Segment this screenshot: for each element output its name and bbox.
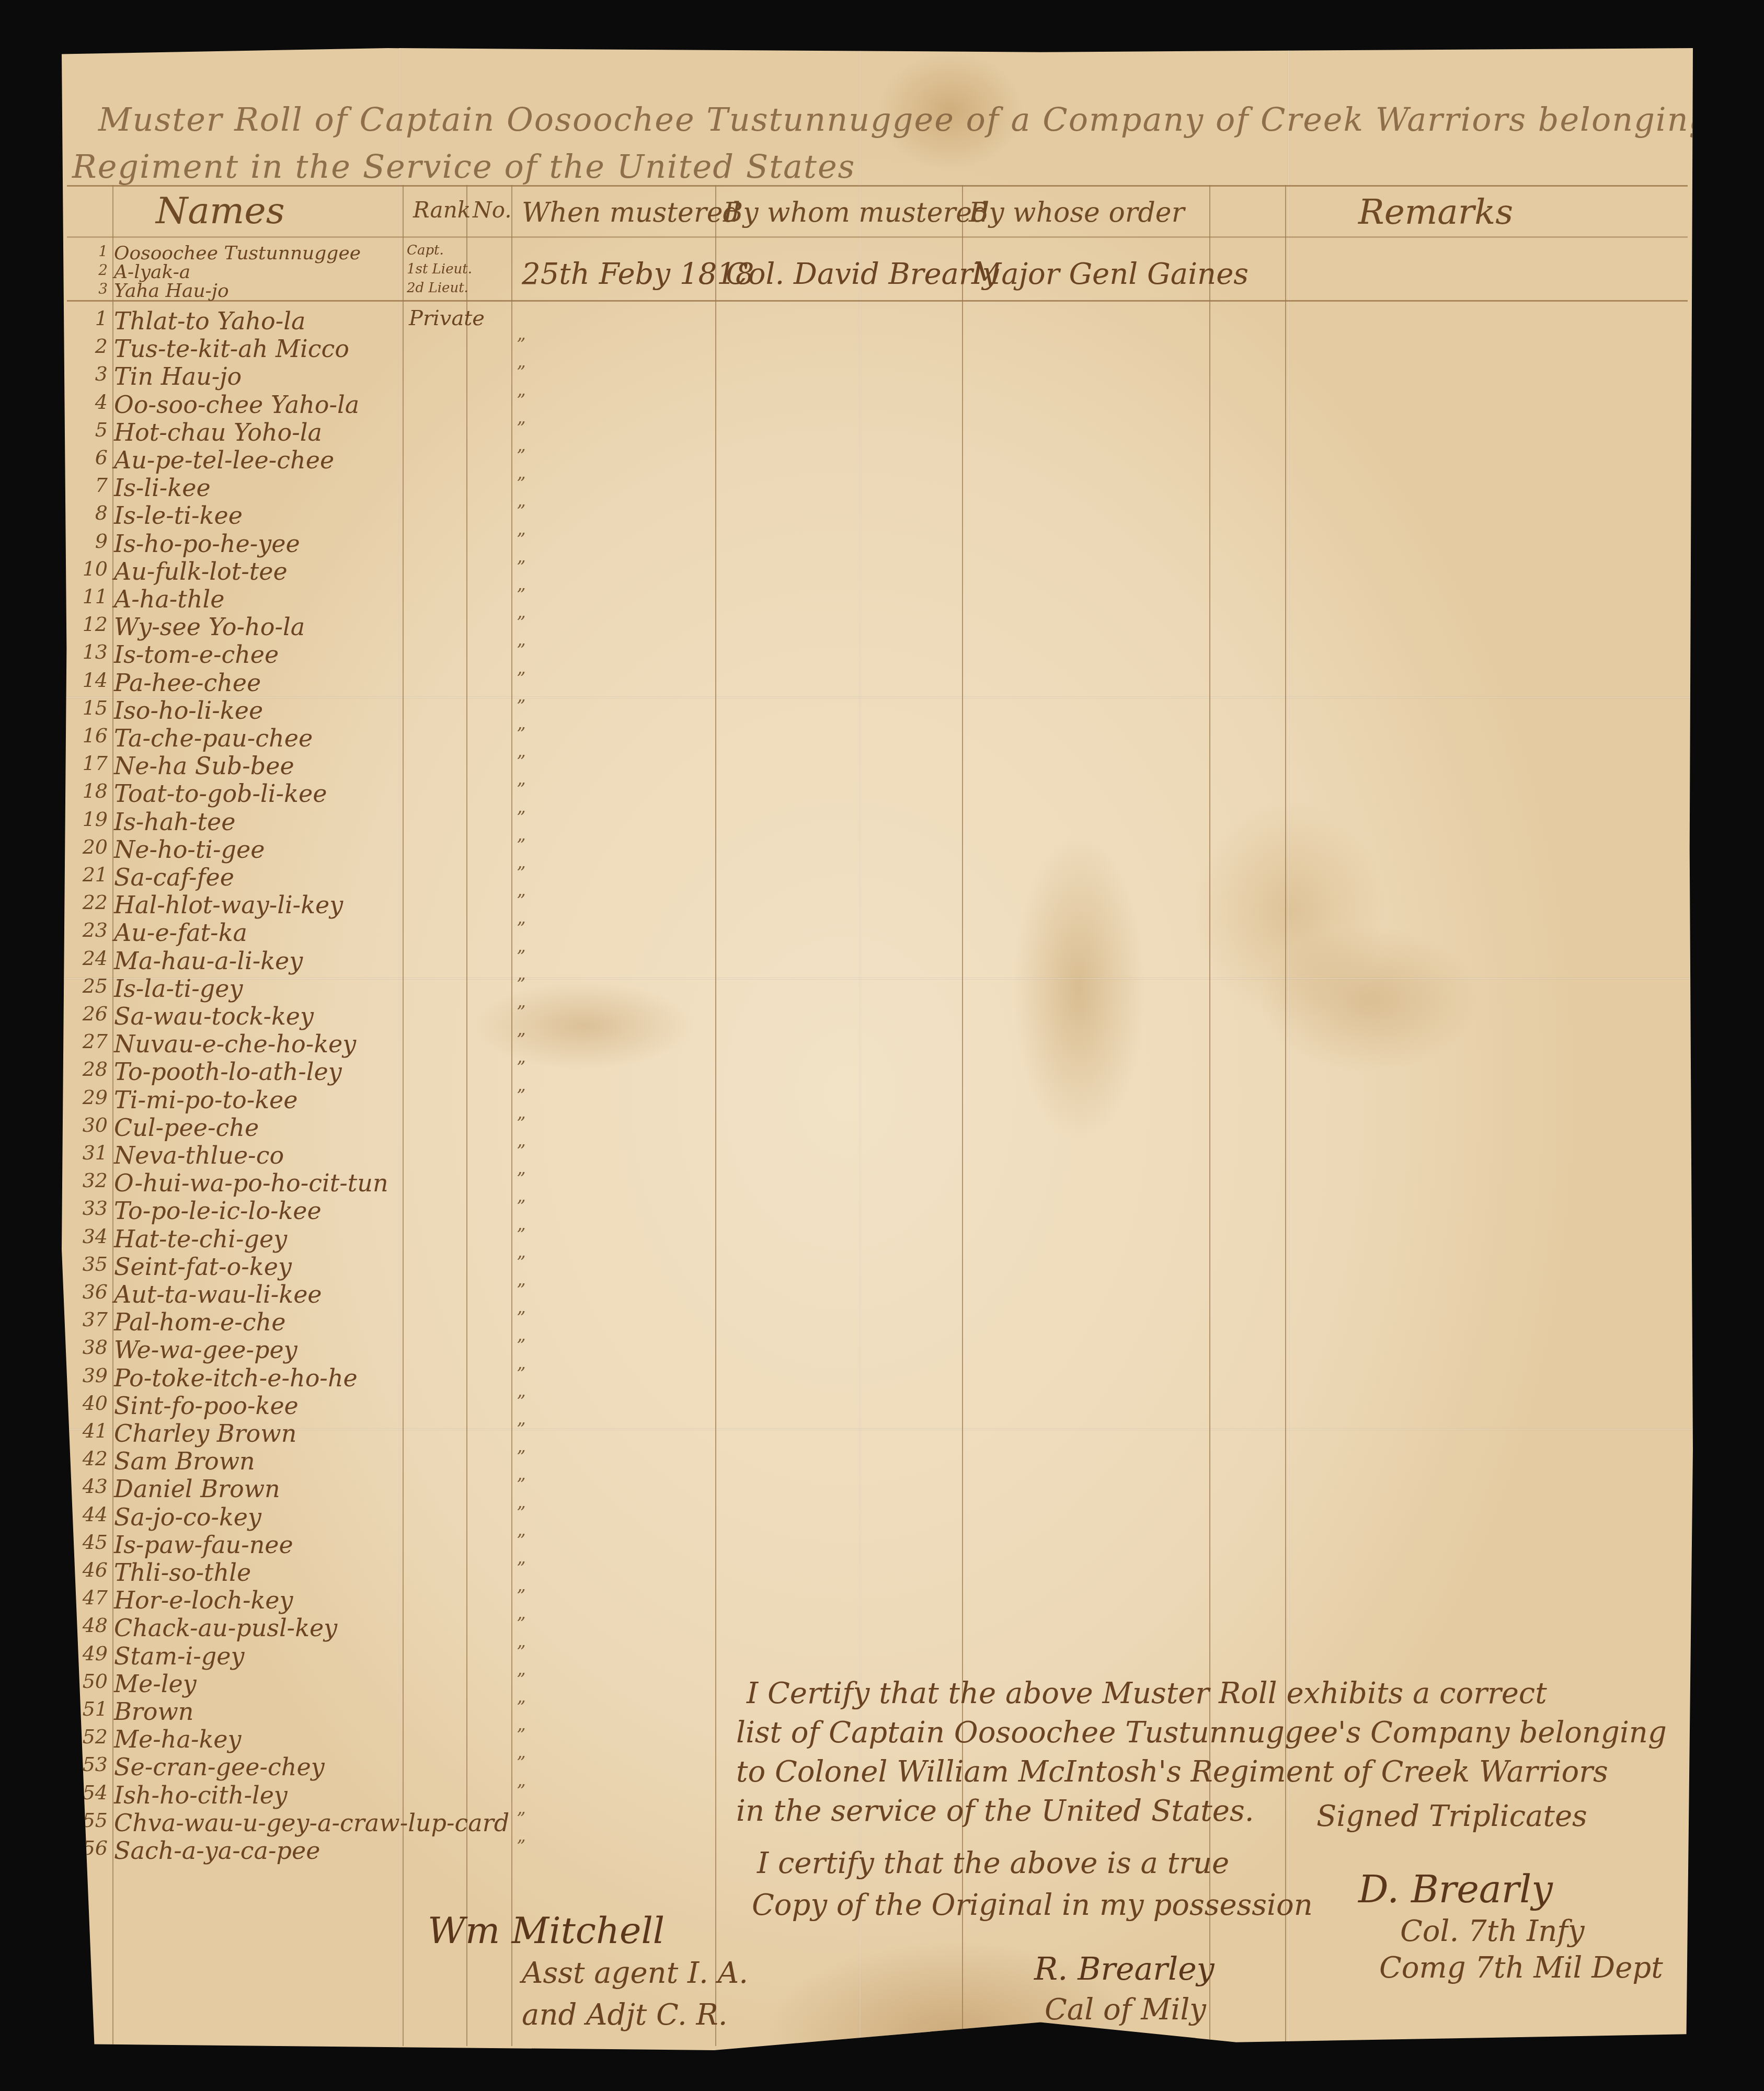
private-name: Hor-e-loch-key [114, 1586, 293, 1614]
private-name: Neva-thlue-co [114, 1141, 284, 1169]
private-name: Aut-ta-wau-li-kee [114, 1280, 322, 1308]
private-name: Stam-i-gey [114, 1642, 245, 1670]
private-row: 8Is-le-ti-kee” [62, 501, 532, 529]
private-name: We-wa-gee-pey [114, 1336, 297, 1364]
private-row: 56Sach-a-ya-ca-pee” [62, 1836, 532, 1864]
private-name: Ti-mi-po-to-kee [114, 1086, 298, 1114]
header-by-whose-order: By whose order [969, 197, 1185, 228]
private-row: 54Ish-ho-cith-ley” [62, 1781, 532, 1809]
title-line-1: Muster Roll of Captain Oosoochee Tustunn… [98, 100, 1764, 139]
ditto-mark: ” [517, 863, 525, 884]
ditto-mark: ” [517, 1753, 525, 1774]
officer-rank: 2d Lieut. [407, 280, 468, 296]
mustered-by: Col. David Brearly [726, 257, 999, 291]
private-name: Is-tom-e-chee [114, 640, 279, 669]
private-name: Ma-hau-a-li-key [114, 947, 303, 975]
private-name: O-hui-wa-po-ho-cit-tun [114, 1169, 388, 1197]
ditto-mark: ” [517, 835, 525, 856]
private-row: 48Chack-au-pusl-key” [62, 1614, 532, 1641]
private-name: Pa-hee-chee [114, 669, 261, 697]
ditto-mark: ” [517, 1447, 525, 1468]
row-number: 26 [62, 1002, 108, 1025]
ditto-mark: ” [517, 1503, 525, 1524]
row-number: 43 [62, 1475, 108, 1498]
private-row: 14Pa-hee-chee” [62, 669, 532, 696]
column-rule [715, 185, 716, 2046]
private-name: To-po-le-ic-lo-kee [114, 1197, 322, 1225]
ditto-mark: ” [517, 1725, 525, 1746]
private-row: 40Sint-fo-poo-kee” [62, 1392, 532, 1419]
row-number: 15 [62, 696, 108, 719]
row-number: 41 [62, 1419, 108, 1442]
private-row: 24Ma-hau-a-li-key” [62, 947, 532, 974]
rule-line [67, 300, 1688, 302]
row-number: 34 [62, 1225, 108, 1248]
ditto-mark: ” [517, 808, 525, 829]
signer-title: Comg 7th Mil Dept [1379, 1951, 1663, 1985]
private-row: 36Aut-ta-wau-li-kee” [62, 1280, 532, 1308]
officer-rank: 1st Lieut. [407, 261, 472, 277]
row-number: 9 [62, 530, 108, 553]
row-number: 50 [62, 1670, 108, 1693]
row-number: 42 [62, 1447, 108, 1470]
private-row: 9Is-ho-po-he-yee” [62, 530, 532, 557]
private-name: Ish-ho-cith-ley [114, 1781, 288, 1809]
private-name: Se-cran-gee-chey [114, 1753, 325, 1781]
row-number: 29 [62, 1086, 108, 1109]
ditto-mark: ” [517, 696, 525, 717]
row-number: 22 [62, 891, 108, 914]
certification-line: to Colonel William McIntosh's Regiment o… [736, 1755, 1608, 1789]
row-number: 25 [62, 974, 108, 997]
private-row: 17Ne-ha Sub-bee” [62, 752, 532, 779]
ditto-mark: ” [517, 669, 525, 690]
ditto-mark: ” [517, 1586, 525, 1607]
private-row: 51Brown” [62, 1697, 532, 1725]
row-number: 36 [62, 1280, 108, 1303]
private-row: 21Sa-caf-fee” [62, 863, 532, 891]
header-names: Names [156, 189, 285, 232]
header-by-whom-mustered: By whom mustered [723, 197, 989, 228]
ditto-mark: ” [517, 390, 525, 411]
row-number: 51 [62, 1697, 108, 1720]
certification-line: list of Captain Oosoochee Tustunnuggee's… [736, 1716, 1667, 1750]
ditto-mark: ” [517, 1642, 525, 1663]
private-row: 49Stam-i-gey” [62, 1642, 532, 1670]
row-number: 18 [62, 779, 108, 802]
private-name: Charley Brown [114, 1419, 296, 1447]
private-row: 13Is-tom-e-chee” [62, 640, 532, 668]
private-name: Seint-fat-o-key [114, 1253, 292, 1281]
private-row: 18Toat-to-gob-li-kee” [62, 779, 532, 807]
header-rank: Rank [413, 197, 471, 223]
ditto-mark: ” [517, 1364, 525, 1385]
signer-name: D. Brearly [1358, 1867, 1553, 1911]
row-number: 52 [62, 1725, 108, 1748]
mustered-by-order-of: Major Genl Gaines [971, 257, 1248, 291]
row-number: 30 [62, 1113, 108, 1136]
ditto-mark: ” [517, 1336, 525, 1357]
ditto-mark: ” [517, 557, 525, 578]
private-name: A-ha-thle [114, 585, 224, 613]
private-row: 52Me-ha-key” [62, 1725, 532, 1753]
ditto-mark: ” [517, 1475, 525, 1496]
ditto-mark: ” [517, 1002, 525, 1023]
privates-list: 1Thlat-to Yaho-la2Tus-te-kit-ah Micco”3T… [62, 307, 532, 1875]
ditto-mark: ” [517, 418, 525, 439]
row-number: 28 [62, 1058, 108, 1081]
ditto-mark: ” [517, 1809, 525, 1830]
row-number: 38 [62, 1336, 108, 1359]
header-number: No. [473, 197, 512, 223]
private-row: 11A-ha-thle” [62, 585, 532, 613]
officer-name: Yaha Hau-jo [114, 280, 229, 302]
row-number: 4 [62, 390, 108, 413]
ditto-mark: ” [517, 1531, 525, 1552]
private-name: Ne-ho-ti-gee [114, 835, 265, 864]
private-name: Is-le-ti-kee [114, 501, 243, 530]
ditto-mark: ” [517, 1058, 525, 1078]
private-name: Is-li-kee [114, 474, 211, 502]
private-row: 12Wy-see Yo-ho-la” [62, 613, 532, 640]
ditto-mark: ” [517, 779, 525, 800]
private-row: 7Is-li-kee” [62, 474, 532, 501]
agent-signature-title: Asst agent I. A. [522, 1956, 748, 1990]
row-number: 32 [62, 1169, 108, 1192]
header-when-mustered: When mustered [522, 197, 740, 228]
signer-title: Col. 7th Infy [1400, 1914, 1585, 1948]
private-row: 53Se-cran-gee-chey” [62, 1753, 532, 1780]
row-number: 16 [62, 724, 108, 747]
ditto-mark: ” [517, 1781, 525, 1802]
private-name: Nuvau-e-che-ho-key [114, 1030, 356, 1058]
officer-rank: Capt. [407, 243, 444, 258]
row-number: 21 [62, 863, 108, 886]
private-name: Iso-ho-li-kee [114, 696, 263, 725]
private-row: 16Ta-che-pau-chee” [62, 724, 532, 752]
ditto-mark: ” [517, 1558, 525, 1579]
ditto-mark: ” [517, 918, 525, 939]
private-row: 41Charley Brown” [62, 1419, 532, 1447]
private-name: Sa-jo-co-key [114, 1503, 261, 1531]
private-row: 28To-pooth-lo-ath-ley” [62, 1058, 532, 1085]
private-name: Hot-chau Yoho-la [114, 418, 322, 446]
ditto-mark: ” [517, 1253, 525, 1273]
private-name: Is-la-ti-gey [114, 974, 243, 1003]
private-name: Is-hah-tee [114, 808, 235, 836]
header-remarks: Remarks [1358, 192, 1513, 232]
row-number: 27 [62, 1030, 108, 1053]
row-number: 12 [62, 613, 108, 636]
agent-signature-title: and Adjt C. R. [522, 1998, 727, 2032]
private-name: Me-ha-key [114, 1725, 242, 1753]
muster-date: 25th Feby 1818 [522, 257, 754, 291]
private-name: Daniel Brown [114, 1475, 280, 1503]
row-number: 56 [62, 1836, 108, 1859]
ditto-mark: ” [517, 446, 525, 467]
private-row: 43Daniel Brown” [62, 1475, 532, 1502]
row-number: 14 [62, 669, 108, 692]
row-number: 49 [62, 1642, 108, 1665]
private-row: 31Neva-thlue-co” [62, 1141, 532, 1169]
private-name: Hal-hlot-way-li-key [114, 891, 343, 919]
row-number: 46 [62, 1558, 108, 1581]
private-row: 50Me-ley” [62, 1670, 532, 1697]
private-row: 22Hal-hlot-way-li-key” [62, 891, 532, 918]
ditto-mark: ” [517, 1392, 525, 1412]
row-number: 1 [62, 307, 108, 330]
private-name: Sa-caf-fee [114, 863, 234, 891]
certification-line: I Certify that the above Muster Roll exh… [747, 1676, 1547, 1710]
private-row: 35Seint-fat-o-key” [62, 1253, 532, 1280]
ditto-mark: ” [517, 724, 525, 745]
ditto-mark: ” [517, 474, 525, 495]
muster-roll-sheet: Muster Roll of Captain Oosoochee Tustunn… [62, 48, 1693, 2050]
private-row: 10Au-fulk-lot-tee” [62, 557, 532, 585]
ditto-mark: ” [517, 1225, 525, 1246]
private-name: Tin Hau-jo [114, 362, 242, 390]
ditto-mark: ” [517, 752, 525, 773]
ditto-mark: ” [517, 530, 525, 550]
ditto-mark: ” [517, 613, 525, 634]
private-name: Sint-fo-poo-kee [114, 1392, 299, 1420]
private-name: Pal-hom-e-che [114, 1308, 285, 1336]
row-number: 40 [62, 1392, 108, 1415]
private-name: Brown [114, 1697, 194, 1726]
private-row: 3Tin Hau-jo” [62, 362, 532, 390]
private-row: 25Is-la-ti-gey” [62, 974, 532, 1002]
private-row: 42Sam Brown” [62, 1447, 532, 1475]
fold-crease [1288, 48, 1290, 2050]
row-number: 7 [62, 474, 108, 497]
private-row: 19Is-hah-tee” [62, 808, 532, 835]
copy-certification-line: I certify that the above is a true [757, 1846, 1229, 1880]
private-row: 5Hot-chau Yoho-la” [62, 418, 532, 446]
private-name: Chack-au-pusl-key [114, 1614, 337, 1642]
ditto-mark: ” [517, 362, 525, 383]
private-name: Hat-te-chi-gey [114, 1225, 287, 1253]
private-name: Sach-a-ya-ca-pee [114, 1836, 320, 1865]
row-number: 37 [62, 1308, 108, 1331]
private-name: Sa-wau-tock-key [114, 1002, 314, 1030]
private-name: Wy-see Yo-ho-la [114, 613, 305, 641]
certification-line: in the service of the United States. [736, 1794, 1254, 1828]
private-name: Au-e-fat-ka [114, 918, 247, 947]
private-name: Po-toke-itch-e-ho-he [114, 1364, 358, 1392]
row-number: 55 [62, 1809, 108, 1832]
private-name: Toat-to-gob-li-kee [114, 779, 327, 808]
row-number: 54 [62, 1781, 108, 1804]
private-row: 38We-wa-gee-pey” [62, 1336, 532, 1363]
officer-row: 1 Oosoochee Tustunnuggee [62, 243, 407, 261]
ditto-mark: ” [517, 1419, 525, 1440]
rule-line [67, 185, 1688, 187]
private-row: 33To-po-le-ic-lo-kee” [62, 1197, 532, 1224]
ditto-mark: ” [517, 1308, 525, 1329]
row-number: 47 [62, 1586, 108, 1609]
ditto-mark: ” [517, 1280, 525, 1301]
private-name: Sam Brown [114, 1447, 255, 1475]
private-name: Thlat-to Yaho-la [114, 307, 306, 335]
private-row: 39Po-toke-itch-e-ho-he” [62, 1364, 532, 1392]
officer-row: 2 A-lyak-a [62, 261, 407, 280]
copy-signer-title: Cal of Mily [1045, 1993, 1206, 2027]
row-number: 10 [62, 557, 108, 580]
ditto-mark: ” [517, 1836, 525, 1857]
row-number: 44 [62, 1503, 108, 1526]
private-row: 45Is-paw-fau-nee” [62, 1531, 532, 1558]
private-row: 6Au-pe-tel-lee-chee” [62, 446, 532, 474]
officer-name: Oosoochee Tustunnuggee [114, 243, 361, 264]
row-number: 31 [62, 1141, 108, 1164]
private-name: Chva-wau-u-gey-a-craw-lup-card [114, 1809, 509, 1837]
private-row: 4Oo-soo-chee Yaho-la” [62, 390, 532, 418]
private-name: Oo-soo-chee Yaho-la [114, 390, 359, 419]
private-row: 47Hor-e-loch-key” [62, 1586, 532, 1614]
row-number: 8 [62, 501, 108, 524]
fold-crease [859, 48, 861, 2050]
private-row: 29Ti-mi-po-to-kee” [62, 1086, 532, 1113]
private-row: 32O-hui-wa-po-ho-cit-tun” [62, 1169, 532, 1197]
row-number: 39 [62, 1364, 108, 1387]
ditto-mark: ” [517, 974, 525, 995]
title-line-2: Regiment in the Service of the United St… [72, 147, 855, 186]
private-row: 46Thli-so-thle” [62, 1558, 532, 1586]
row-number: 23 [62, 918, 108, 941]
row-number: 1 [62, 243, 108, 260]
private-row: 30Cul-pee-che” [62, 1113, 532, 1141]
ditto-mark: ” [517, 1086, 525, 1107]
ditto-mark: ” [517, 1697, 525, 1718]
private-name: Au-pe-tel-lee-chee [114, 446, 334, 474]
ditto-mark: ” [517, 891, 525, 912]
officer-name: A-lyak-a [114, 261, 190, 283]
row-number: 13 [62, 640, 108, 663]
row-number: 5 [62, 418, 108, 441]
row-number: 3 [62, 280, 108, 297]
signed-triplicate: Signed Triplicates [1316, 1799, 1587, 1833]
private-row: 44Sa-jo-co-key” [62, 1503, 532, 1531]
private-name: Cul-pee-che [114, 1113, 259, 1142]
agent-signature-name: Wm Mitchell [428, 1909, 665, 1952]
row-number: 17 [62, 752, 108, 775]
row-number: 19 [62, 808, 108, 831]
row-number: 3 [62, 362, 108, 385]
row-number: 45 [62, 1531, 108, 1554]
private-row: 26Sa-wau-tock-key” [62, 1002, 532, 1030]
private-name: Is-paw-fau-nee [114, 1531, 293, 1559]
private-name: Me-ley [114, 1670, 197, 1698]
copy-certification-line: Copy of the Original in my possession [752, 1888, 1313, 1922]
row-number: 2 [62, 261, 108, 279]
ditto-mark: ” [517, 947, 525, 968]
private-name: Is-ho-po-he-yee [114, 530, 300, 558]
row-number: 53 [62, 1753, 108, 1776]
ditto-mark: ” [517, 335, 525, 355]
private-row: 55Chva-wau-u-gey-a-craw-lup-card” [62, 1809, 532, 1836]
row-number: 6 [62, 446, 108, 469]
officer-row: 3 Yaha Hau-jo [62, 280, 407, 299]
row-number: 35 [62, 1253, 108, 1276]
private-row: 20Ne-ho-ti-gee” [62, 835, 532, 863]
private-name: Ta-che-pau-chee [114, 724, 313, 752]
private-name: Ne-ha Sub-bee [114, 752, 294, 780]
ditto-mark: ” [517, 1169, 525, 1190]
private-row: 2Tus-te-kit-ah Micco” [62, 335, 532, 362]
ditto-mark: ” [517, 1113, 525, 1134]
row-number: 2 [62, 335, 108, 358]
copy-signer-name: R. Brearley [1034, 1951, 1215, 1987]
private-name: Tus-te-kit-ah Micco [114, 335, 349, 363]
private-row: 1Thlat-to Yaho-la [62, 307, 532, 335]
ditto-mark: ” [517, 1141, 525, 1162]
private-row: 34Hat-te-chi-gey” [62, 1225, 532, 1253]
rule-line [67, 236, 1688, 238]
ditto-mark: ” [517, 1197, 525, 1217]
ditto-mark: ” [517, 1030, 525, 1051]
private-name: Au-fulk-lot-tee [114, 557, 288, 585]
private-name: Thli-so-thle [114, 1558, 251, 1587]
row-number: 24 [62, 947, 108, 970]
private-name: To-pooth-lo-ath-ley [114, 1058, 342, 1086]
private-row: 27Nuvau-e-che-ho-key” [62, 1030, 532, 1058]
ditto-mark: ” [517, 640, 525, 661]
private-row: 23Au-e-fat-ka” [62, 918, 532, 946]
ditto-mark: ” [517, 1670, 525, 1691]
ditto-mark: ” [517, 585, 525, 606]
row-number: 33 [62, 1197, 108, 1220]
row-number: 48 [62, 1614, 108, 1637]
row-number: 11 [62, 585, 108, 608]
private-row: 15Iso-ho-li-kee” [62, 696, 532, 724]
ditto-mark: ” [517, 1614, 525, 1635]
private-row: 37Pal-hom-e-che” [62, 1308, 532, 1336]
ditto-mark: ” [517, 501, 525, 522]
row-number: 20 [62, 835, 108, 858]
